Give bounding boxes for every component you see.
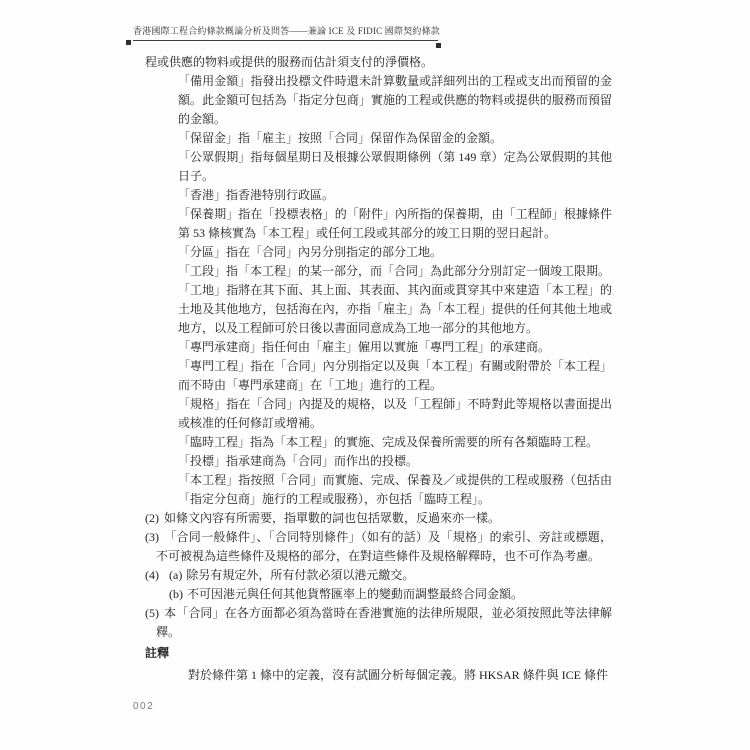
clause-text: 如條文內容有所需要，指單數的詞也包括眾數，反過來亦一樣。 [164,511,500,525]
clause-subitem-a: (a)除另有規定外，所有付款必須以港元繳交。 [169,566,612,585]
definition-paragraph: 「臨時工程」指為「本工程」的實施、完成及保養所需要的所有各類臨時工程。 [178,433,612,452]
running-header-title: 香港國際工程合約條款概論分析及問答——兼論 ICE 及 FIDIC 國際契約條款 [133,25,438,41]
book-page: 香港國際工程合約條款概論分析及問答——兼論 ICE 及 FIDIC 國際契約條款… [0,0,750,750]
definition-paragraph: 「保留金」指「雇主」按照「合同」保留作為保留金的金額。 [178,129,612,148]
definition-paragraph: 「保養期」指在「投標表格」的「附件」內所指的保養期，由「工程師」根據條件第 53… [178,205,612,243]
definition-paragraph: 「工段」指「本工程」的某一部分，而「合同」為此部分分別訂定一個竣工限期。 [178,262,612,281]
definitions-section: 「備用金額」指發出投標文件時還未計算數量或詳細列出的工程或支出而預留的金額。此金… [145,72,612,509]
definition-paragraph: 「專門工程」指在「合同」內分別指定以及與「本工程」有關或附帶於「本工程」而不時由… [178,357,612,395]
clause-subitems: (a)除另有規定外，所有付款必須以港元繳交。 (b)不可因港元與任何其他貨幣匯率… [169,566,612,604]
subclause-text: 除另有規定外，所有付款必須以港元繳交。 [186,568,414,582]
clause-item-3: (3)「合同一般條件」、「合同特別條件」（如有的話）及「規格」的索引、旁註或標題… [145,528,612,566]
definition-paragraph: 「公眾假期」指每個星期日及根據公眾假期條例（第 149 章）定為公眾假期的其他日… [178,148,612,186]
header-ornament-square-left-icon [126,40,131,45]
definition-paragraph: 「本工程」指按照「合同」而實施、完成、保養及／或提供的工程或服務（包括由「指定分… [178,471,612,509]
header-ornament-square-right-icon [436,43,441,48]
definition-paragraph: 「投標」指承建商為「合同」而作出的投標。 [178,452,612,471]
notes-paragraph: 對於條件第 1 條中的定義，沒有試圖分析每個定義。將 HKSAR 條件與 ICE… [145,666,612,685]
definition-paragraph: 「工地」指將在其下面、其上面、其表面、其內面或貫穿其中來建造「本工程」的土地及其… [178,281,612,338]
clauses-section: (2)如條文內容有所需要，指單數的詞也包括眾數，反過來亦一樣。 (3)「合同一般… [145,509,612,642]
definition-paragraph: 「香港」指香港特別行政區。 [178,186,612,205]
definition-paragraph: 「專門承建商」指任何由「雇主」僱用以實施「專門工程」的承建商。 [178,338,612,357]
clause-item-2: (2)如條文內容有所需要，指單數的詞也包括眾數，反過來亦一樣。 [145,509,612,528]
clause-text: 本「合同」在各方面都必須為當時在香港實施的法律所規限，並必須按照此等法律解釋。 [156,606,612,639]
page-number: 002 [133,701,154,713]
continuation-paragraph: 程或供應的物料或提供的服務而估計須支付的淨價格。 [145,53,612,72]
definition-paragraph: 「分區」指在「合同」內另分別指定的部分工地。 [178,243,612,262]
clause-marker: (5) [145,606,159,620]
clause-item-4: (4) (a)除另有規定外，所有付款必須以港元繳交。 (b)不可因港元與任何其他… [145,566,612,604]
clause-marker: (4) [145,566,169,604]
notes-heading: 註釋 [145,644,612,663]
clause-marker: (2) [145,511,159,525]
clause-marker: (3) [145,530,159,544]
definition-paragraph: 「規格」指在「合同」內提及的規格，以及「工程師」不時對此等規格以書面提出或核准的… [178,395,612,433]
subclause-marker: (a) [169,568,182,582]
clause-text: 「合同一般條件」、「合同特別條件」（如有的話）及「規格」的索引、旁註或標題，不可… [156,530,612,563]
page-body: 程或供應的物料或提供的服務而估計須支付的淨價格。 「備用金額」指發出投標文件時還… [145,53,612,685]
clause-item-5: (5)本「合同」在各方面都必須為當時在香港實施的法律所規限，並必須按照此等法律解… [145,604,612,642]
clause-subitem-b: (b)不可因港元與任何其他貨幣匯率上的變動而調整最終合同金額。 [169,585,612,604]
definition-paragraph: 「備用金額」指發出投標文件時還未計算數量或詳細列出的工程或支出而預留的金額。此金… [178,72,612,129]
subclause-text: 不可因港元與任何其他貨幣匯率上的變動而調整最終合同金額。 [187,587,523,601]
subclause-marker: (b) [169,587,183,601]
